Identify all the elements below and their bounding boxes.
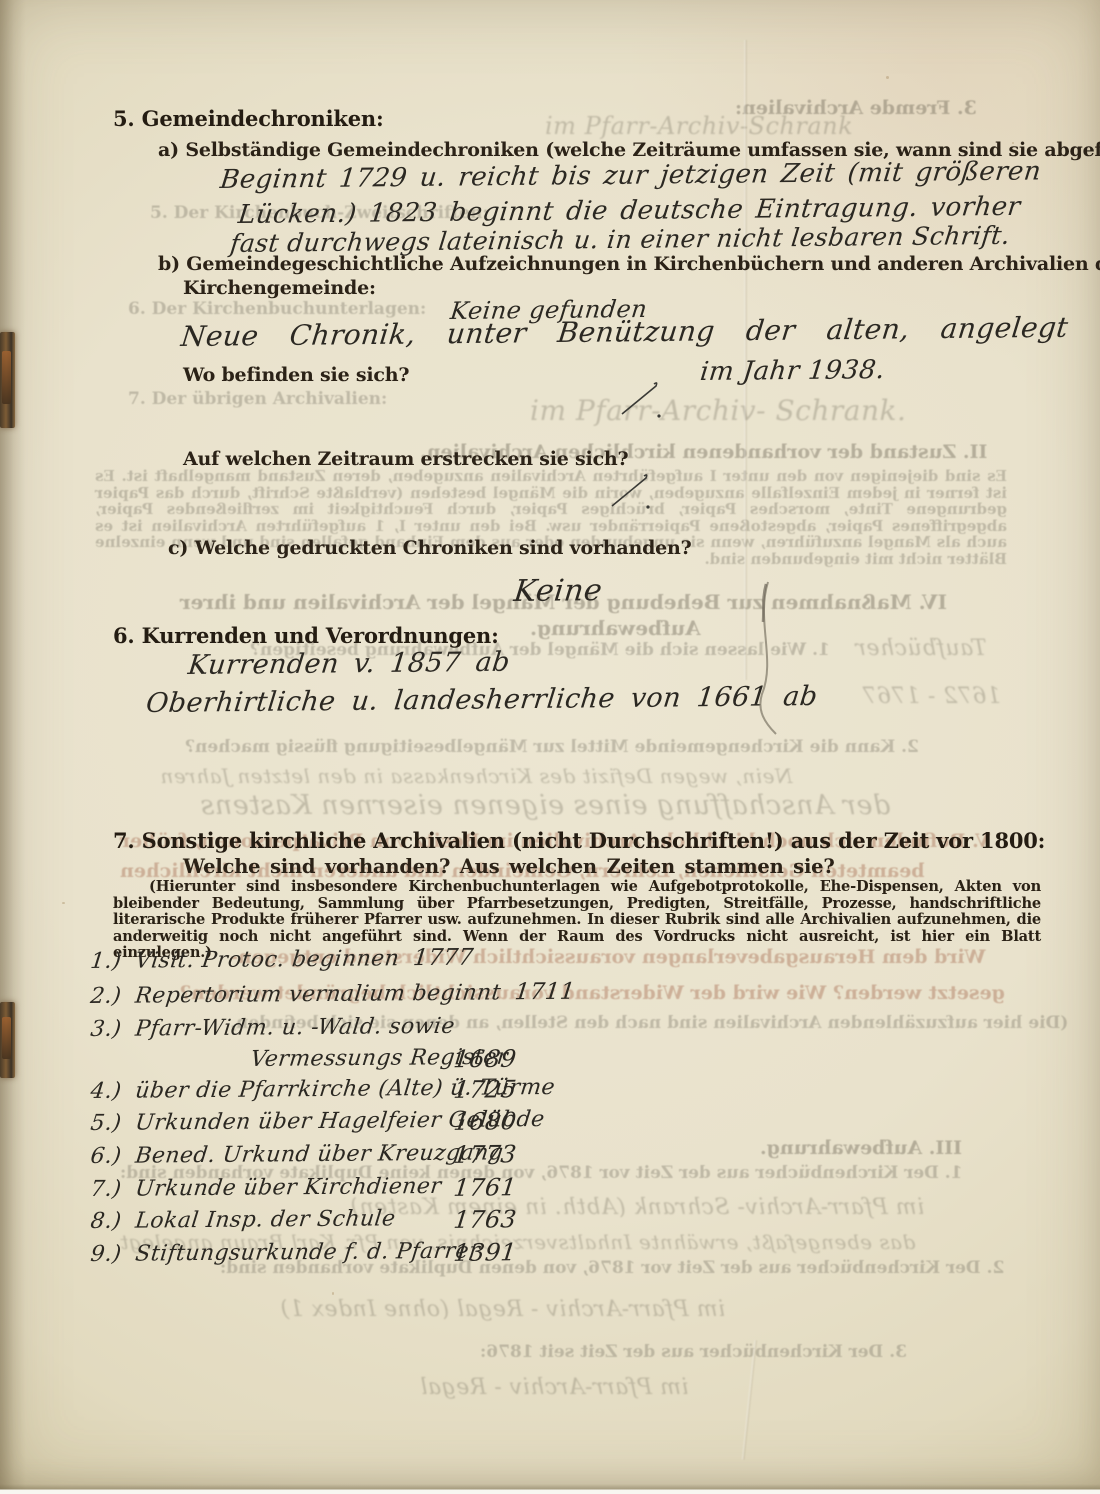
entry-year: 1777 [412, 945, 475, 972]
archival-entry: 2.)Repertorium vernalium beginnt1711 [89, 979, 577, 1009]
entry-year: 1725 [452, 1075, 518, 1104]
section-5c-label: c) Welche gedruckten Chroniken sind vorh… [168, 537, 692, 559]
bleed-through-text: der Anschaffung eines eigenen eisernen K… [200, 790, 890, 821]
page-left-edge-shadow [0, 0, 26, 1494]
section-6-title: 6. Kurrenden und Verordnungen: [113, 623, 499, 648]
bleed-through-text: Nein, wegen Defizit des Kirchenkassa in … [160, 764, 793, 788]
paper-speck [332, 1292, 334, 1295]
bleed-through-text: im Pfarr-Archiv- Schrank. [530, 394, 906, 427]
staple [0, 1002, 15, 1078]
bleed-through-text: im Pfarr-Archiv-Schrank [545, 112, 853, 140]
entry-number: 7.) [89, 1177, 123, 1202]
archival-entry-line2: Vermessungs Register1689 [249, 1045, 509, 1072]
archival-entry: 6.)Bened. Urkund über Kreuzgang1773 [89, 1140, 504, 1169]
entry-text: Repertorium vernalium beginnt [134, 980, 502, 1008]
entry-year: 1761 [452, 1173, 518, 1202]
entry-number: 5.) [89, 1111, 123, 1136]
handwritten-answer: im Jahr 1938. [699, 355, 887, 387]
entry-year: 1763 [452, 1205, 518, 1234]
archival-entry: 3.)Pfarr-Widm. u. -Wald. sowie [89, 1014, 456, 1042]
handwritten-answer: Oberhirtliche u. landesherrliche von 166… [145, 681, 820, 719]
section-5-title: 5. Gemeindechroniken: [113, 106, 384, 131]
bleed-through-text: 6. Der Kirchenbuchunterlagen: [128, 299, 426, 319]
archival-questionnaire-page: 3. Fremde Archivalien:im Pfarr-Archiv-Sc… [0, 0, 1100, 1494]
entry-number: 1.) [89, 949, 123, 974]
entry-text: Visit. Protoc. beginnen [134, 946, 401, 973]
paper-speck [886, 76, 889, 79]
bleed-through-text: im Pfarr-Archiv - Regal (ohne Index 1) [280, 1297, 725, 1322]
entry-text: Bened. Urkund über Kreuzgang [134, 1140, 505, 1168]
entry-number: 3.) [89, 1017, 123, 1042]
handwritten-answer: Beginnt 1729 u. reicht bis zur jetzigen … [219, 156, 1043, 195]
entry-year: 1711 [513, 979, 576, 1006]
entry-number: 2.) [89, 984, 123, 1009]
archival-entry: 9.)Stiftungsurkunde f. d. Pfarrer1391 [89, 1239, 481, 1267]
section-7-question: Welche sind vorhanden? Aus welchen Zeite… [183, 855, 835, 878]
entry-year: 1680 [452, 1107, 518, 1136]
handwritten-answer: Kurrenden v. 1857 ab [187, 647, 512, 681]
bleed-through-text: III. Aufbewahrung. [760, 1137, 962, 1159]
entry-number: 6.) [89, 1144, 123, 1169]
entry-number: 8.) [89, 1209, 123, 1234]
handwritten-answer: Keine [512, 573, 604, 609]
bleed-through-text: 7. Der übrigen Archivalien: [128, 389, 387, 409]
bleed-through-text: 1672 - 1767 [862, 684, 1001, 709]
entry-text: Urkunde über Kirchdiener [134, 1174, 443, 1202]
entry-text: Lokal Insp. der Schule [134, 1206, 397, 1233]
staple [0, 332, 15, 428]
entry-year: 1689 [452, 1045, 518, 1074]
handwritten-slash-mark [606, 380, 666, 420]
pencil-brace-mark [742, 582, 812, 742]
archival-entry: 8.)Lokal Insp. der Schule1763 [89, 1206, 397, 1234]
bleed-through-text: im Pfarr-Archiv - Regal [420, 1375, 689, 1400]
entry-text: Pfarr-Widm. u. -Wald. sowie [134, 1014, 456, 1042]
section-5b-label-line1: b) Gemeindegeschichtliche Aufzeichnungen… [158, 253, 1100, 275]
entry-year: 1391 [452, 1238, 518, 1267]
paper-speck [62, 902, 65, 904]
archival-entry: 1.)Visit. Protoc. beginnen1777 [89, 945, 475, 974]
bleed-through-text: Taufbücher [855, 636, 987, 661]
archival-entry: 5.)Urkunden über Hagelfeier Gelübde1680 [89, 1107, 546, 1136]
section-5b-label-line2: Kirchengemeinde: [183, 277, 376, 299]
entry-year: 1773 [452, 1140, 518, 1169]
entry-number: 9.) [89, 1242, 123, 1267]
entry-text: Stiftungsurkunde f. d. Pfarrer [134, 1239, 481, 1267]
page-bottom-edge [0, 1484, 1100, 1494]
handwritten-slash-mark [598, 473, 658, 513]
entry-number: 4.) [89, 1079, 123, 1104]
question-period: Auf welchen Zeitraum erstrecken sie sich… [183, 448, 628, 470]
bleed-through-text: 3. Der Kirchenbücher aus der Zeit seit 1… [480, 1342, 907, 1362]
question-where: Wo befinden sie sich? [183, 364, 409, 386]
archival-entry: 7.)Urkunde über Kirchdiener1761 [89, 1174, 443, 1202]
archival-entry: 4.)über die Pfarrkirche (Alte) ü. Türme1… [89, 1075, 556, 1104]
bleed-through-text: Aufbewahrung. [530, 616, 701, 640]
section-7-title: 7. Sonstige kirchliche Archivalien (nich… [113, 828, 1045, 853]
